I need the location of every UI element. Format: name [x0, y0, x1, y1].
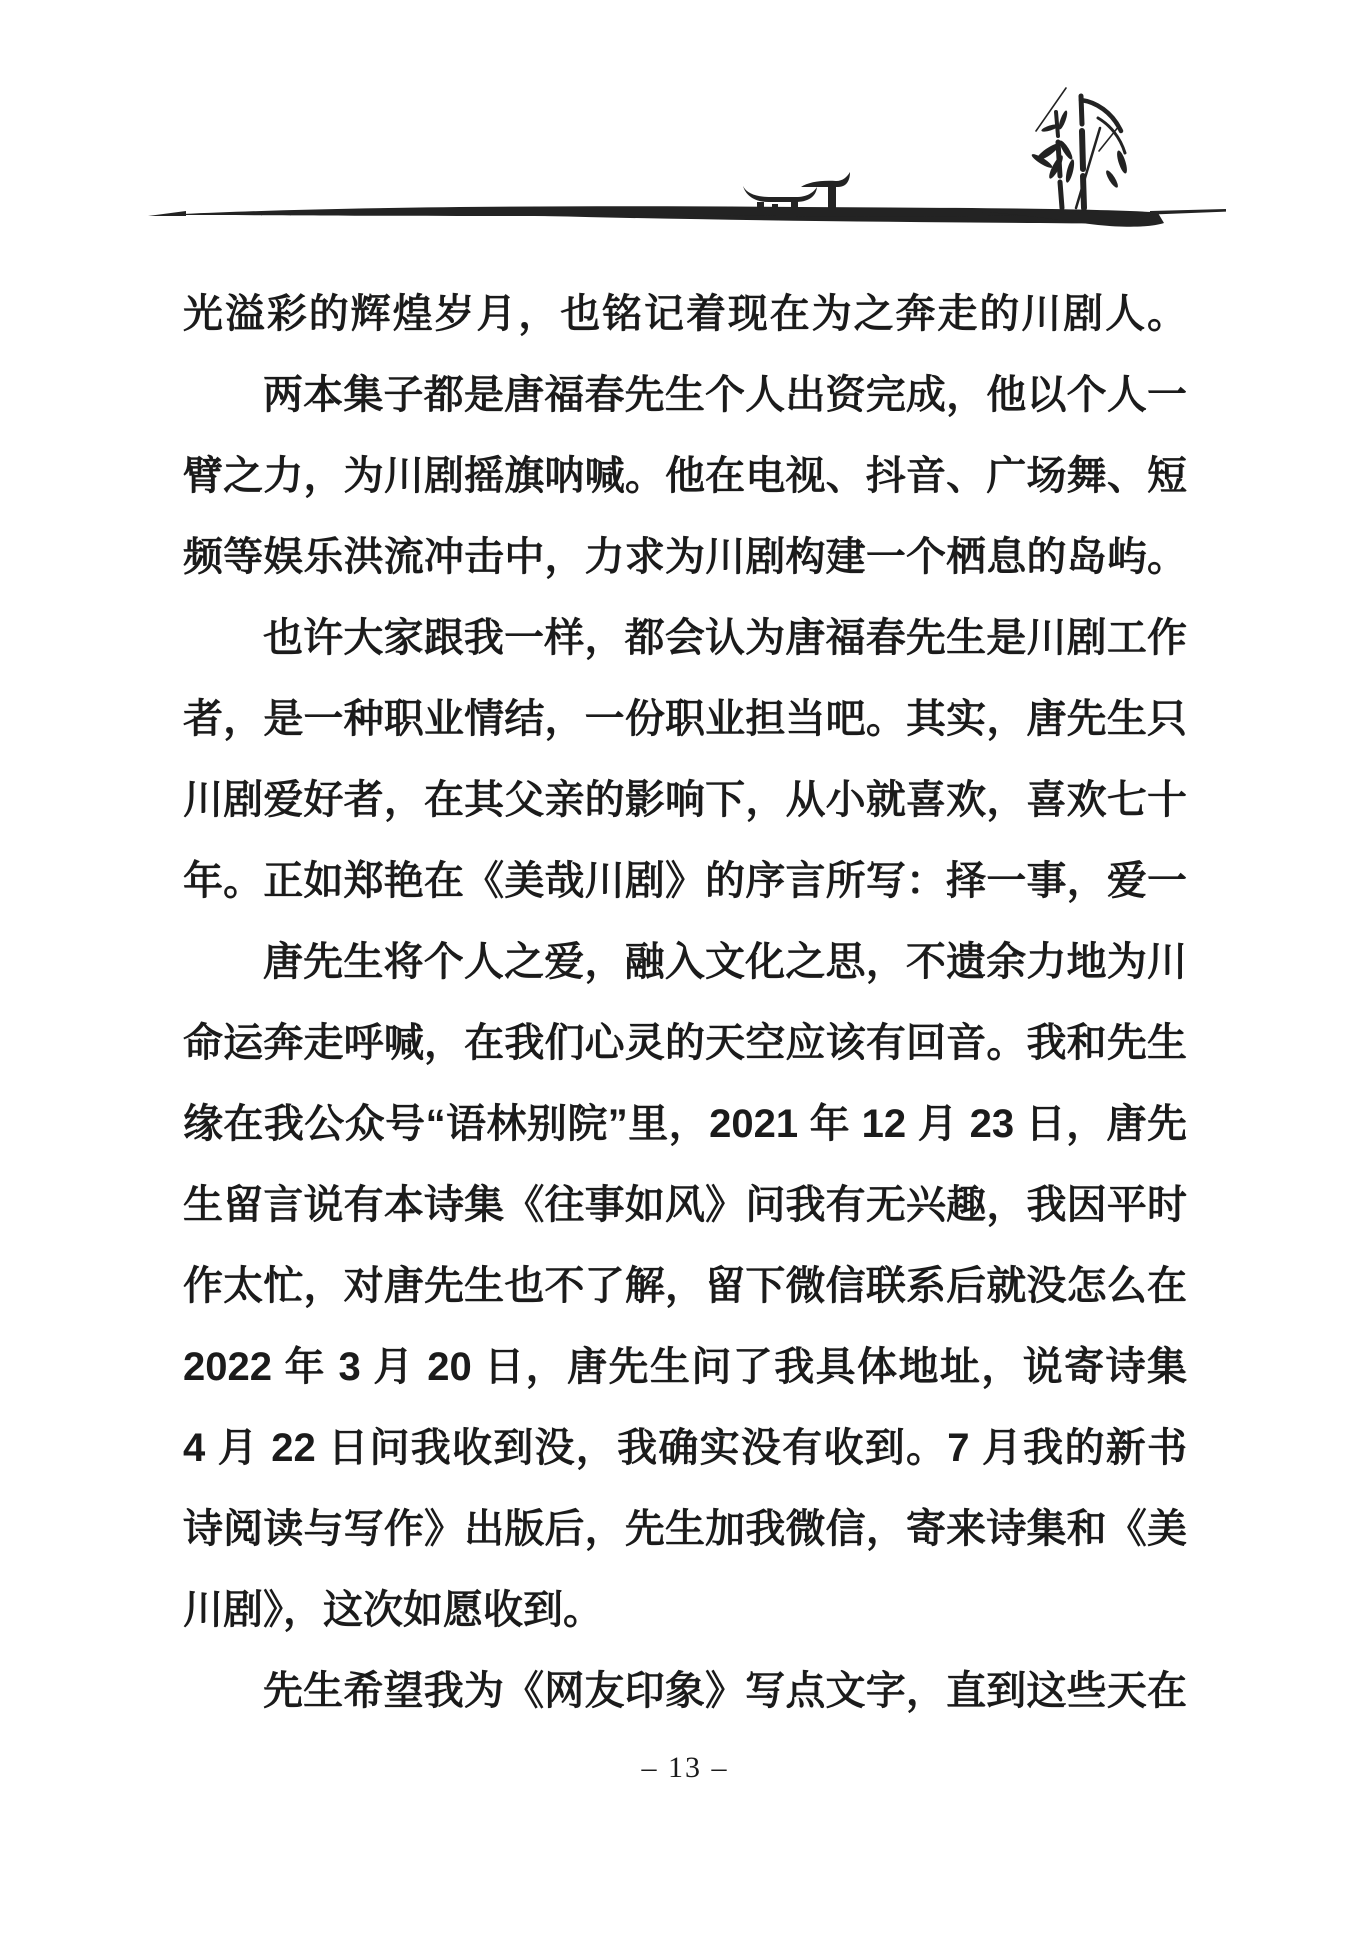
header-ink-artwork	[0, 0, 1364, 250]
text-line: 频等娱乐洪流冲击中，力求为川剧构建一个栖息的岛屿。	[183, 517, 1187, 598]
text-line: 2022 年 3 月 20 日，唐先生问了我具体地址，说寄诗集来，	[183, 1327, 1187, 1408]
text-line: 先生希望我为《网友印象》写点文字，直到这些天在疫	[183, 1651, 1187, 1732]
text-line: 者，是一种职业情结，一份职业担当吧。其实，唐先生只是	[183, 679, 1187, 760]
text-line: 4 月 22 日问我收到没，我确实没有收到。7 月我的新书《新	[183, 1408, 1187, 1489]
ink-ground-line	[148, 206, 1226, 226]
text-line: 命运奔走呼喊，在我们心灵的天空应该有回音。我和先生结	[183, 1003, 1187, 1084]
page-body: 光溢彩的辉煌岁月，也铭记着现在为之奔走的川剧人。 两本集子都是唐福春先生个人出资…	[183, 274, 1187, 1732]
bamboo-icon	[1030, 88, 1129, 208]
text-line: 臂之力，为川剧摇旗呐喊。他在电视、抖音、广场舞、短视	[183, 436, 1187, 517]
text-line: 诗阅读与写作》出版后，先生加我微信，寄来诗集和《美哉	[183, 1489, 1187, 1570]
text-line: 川剧》，这次如愿收到。	[183, 1570, 1187, 1651]
book-page: 光溢彩的辉煌岁月，也铭记着现在为之奔走的川剧人。 两本集子都是唐福春先生个人出资…	[0, 0, 1364, 1935]
text-line: 作太忙，对唐先生也不了解，留下微信联系后就没怎么在意。	[183, 1246, 1187, 1327]
page-number: – 13 –	[183, 1746, 1187, 1790]
text-line: 生留言说有本诗集《往事如风》问我有无兴趣，我因平时工	[183, 1165, 1187, 1246]
text-line: 缘在我公众号“语林别院”里，2021 年 12 月 23 日，唐先	[183, 1084, 1187, 1165]
text-line: 光溢彩的辉煌岁月，也铭记着现在为之奔走的川剧人。	[183, 274, 1187, 355]
text-line: 也许大家跟我一样，都会认为唐福春先生是川剧工作	[183, 598, 1187, 679]
text-line: 唐先生将个人之爱，融入文化之思，不遗余力地为川剧	[183, 922, 1187, 1003]
text-line: 年。正如郑艳在《美哉川剧》的序言所写：择一事，爱一生。	[183, 841, 1187, 922]
text-line: 两本集子都是唐福春先生个人出资完成，他以个人一	[183, 355, 1187, 436]
text-line: 川剧爱好者，在其父亲的影响下，从小就喜欢，喜欢七十多	[183, 760, 1187, 841]
pavilion-icon	[743, 172, 850, 214]
